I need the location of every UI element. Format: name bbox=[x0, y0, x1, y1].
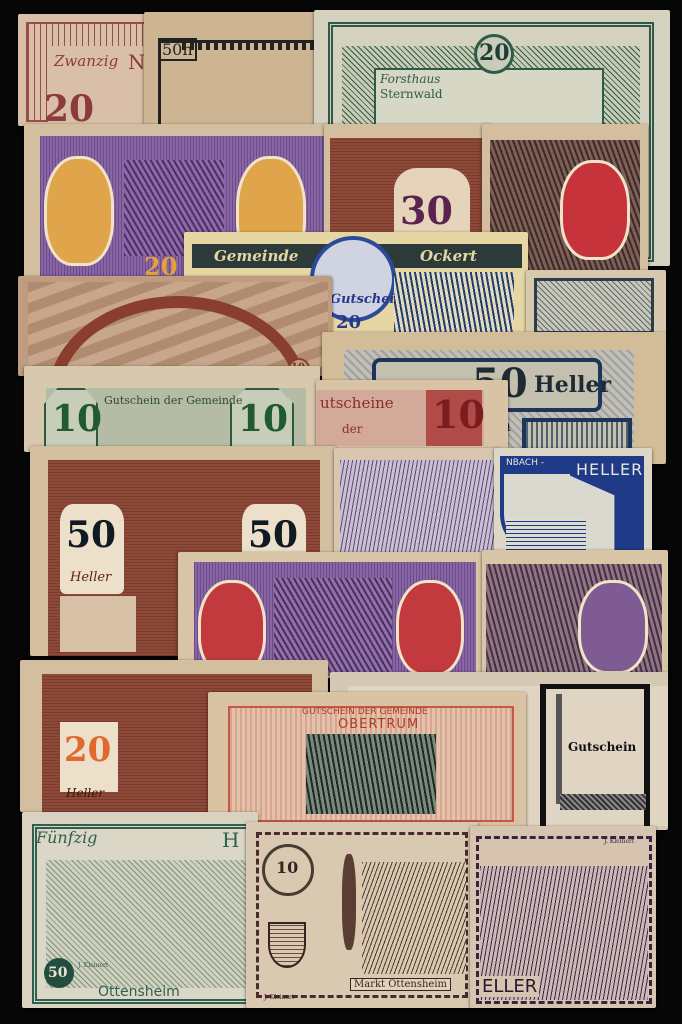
note-word: Zwanzig bbox=[54, 52, 118, 70]
note-unit: Heller bbox=[534, 372, 611, 398]
note-value: 20 bbox=[479, 40, 510, 66]
gutschein-text: Gutschein der Gemeinde bbox=[104, 394, 243, 407]
note-heller-purple: J. Kleinert ELLER bbox=[470, 826, 656, 1008]
title-line-2: OBERTRUM bbox=[338, 717, 419, 732]
note-unit-partial: ELLER bbox=[480, 976, 539, 997]
note-unit: Heller bbox=[70, 570, 111, 585]
note-value: 10 bbox=[432, 392, 485, 437]
note-purple-vista bbox=[334, 448, 500, 556]
subtitle: Gutschein bbox=[330, 292, 404, 307]
der-text: der bbox=[342, 422, 363, 436]
value-right: 50 bbox=[248, 514, 298, 556]
note-unit: Heller bbox=[66, 786, 104, 800]
note-value: 20 bbox=[336, 312, 361, 333]
town-partial: NBACH - bbox=[506, 458, 544, 468]
value-right: 10 bbox=[238, 398, 288, 440]
note-partial-letter: H bbox=[222, 828, 239, 852]
note-arch-10: 10 bbox=[18, 276, 332, 376]
artist-signature: J. Kleinert bbox=[264, 994, 294, 1001]
note-value: 20 bbox=[64, 730, 111, 770]
note-markt-ottensheim-10: 10 Markt Ottensheim J. Kleinert bbox=[246, 822, 478, 1008]
note-value: 50h bbox=[158, 38, 197, 61]
note-obertrum: GUTSCHEIN DER GEMEINDE OBERTRUM bbox=[208, 692, 526, 828]
sword-icon bbox=[556, 694, 562, 804]
note-fifty-black: 50h bbox=[144, 12, 324, 124]
value-left: 10 bbox=[52, 398, 102, 440]
note-green-gutschein-10: 10 Gutschein der Gemeinde 10 bbox=[24, 366, 320, 452]
note-unit: HELLER bbox=[576, 460, 643, 479]
gutscheine-text: utscheine bbox=[320, 394, 394, 412]
title-left: Gemeinde bbox=[214, 247, 298, 265]
title-line-1: GUTSCHEIN DER GEMEINDE bbox=[302, 707, 428, 717]
note-zwanzig-20: Zwanzig N 20 bbox=[18, 14, 158, 126]
note-purple-right bbox=[482, 550, 668, 678]
artist-signature: J. Kleinert bbox=[78, 962, 108, 969]
artist-signature: J. Kleinert bbox=[604, 838, 634, 845]
note-value: 20 bbox=[44, 88, 94, 126]
note-red-gutscheine-10: utscheine der 10 bbox=[316, 380, 508, 450]
value-left: 50 bbox=[66, 514, 116, 556]
note-brown-30: 30 bbox=[324, 124, 492, 242]
note-value: 30 bbox=[400, 188, 453, 233]
note-dark-partial bbox=[526, 270, 666, 340]
caption-line-2: Sternwald bbox=[380, 87, 443, 101]
coat-of-arms-icon bbox=[268, 922, 306, 968]
note-caption: Markt Ottensheim bbox=[350, 978, 451, 991]
note-value: 50 bbox=[48, 965, 67, 981]
note-value: 10 bbox=[276, 858, 298, 877]
note-partial-letter: N bbox=[128, 50, 146, 74]
value-text: 50 bbox=[162, 40, 182, 59]
title-right: Ockert bbox=[420, 247, 477, 265]
town-name: Ottensheim bbox=[98, 984, 180, 1000]
unit-text: h bbox=[182, 40, 192, 59]
caption-line-1: Forsthaus bbox=[380, 72, 440, 86]
note-blue-heller: NBACH - HELLER bbox=[494, 448, 652, 554]
gutschein-text: Gutschein bbox=[568, 740, 636, 754]
notgeld-collection-photo: Zwanzig N 20 50h 20 Forsthaus Sternwald … bbox=[0, 0, 682, 1024]
note-ottensheim-50: Fünfzig H 50 J. Kleinert Ottensheim bbox=[22, 812, 258, 1008]
note-word: Fünfzig bbox=[36, 828, 97, 847]
